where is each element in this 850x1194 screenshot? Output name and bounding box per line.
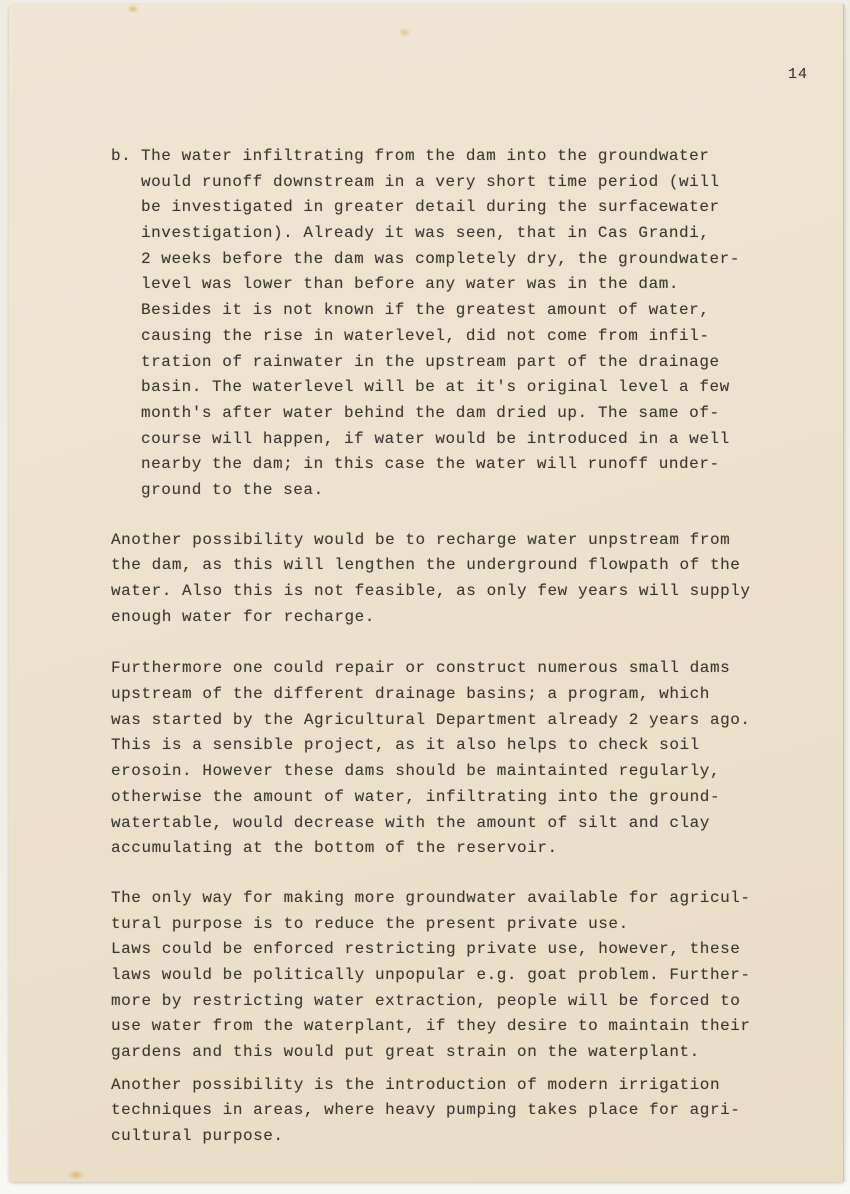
text-line: Besides it is not known if the greatest … <box>141 298 740 324</box>
paragraph-small-dams: Furthermore one could repair or construc… <box>111 656 791 862</box>
text-line: more by restricting water extraction, pe… <box>111 989 791 1015</box>
text-line: laws would be politically unpopular e.g.… <box>111 963 791 989</box>
page-content: b. The water infiltrating from the dam i… <box>111 144 791 1150</box>
list-item-marker: b. <box>111 144 141 504</box>
text-line: be investigated in greater detail during… <box>141 195 740 221</box>
paper-stain <box>67 1170 85 1180</box>
text-line: ground to the sea. <box>141 478 740 504</box>
text-line: This is a sensible project, as it also h… <box>111 733 791 759</box>
text-line: nearby the dam; in this case the water w… <box>141 452 740 478</box>
paper-sheet: 14 b. The water infiltrating from the da… <box>9 4 843 1182</box>
text-line: gardens and this would put great strain … <box>111 1040 791 1066</box>
list-item-b: b. The water infiltrating from the dam i… <box>111 144 791 504</box>
text-line: course will happen, if water would be in… <box>141 427 740 453</box>
text-line: techniques in areas, where heavy pumping… <box>111 1098 791 1124</box>
text-line: tration of rainwater in the upstream par… <box>141 350 740 376</box>
text-line: level was lower than before any water wa… <box>141 272 740 298</box>
list-item-body: The water infiltrating from the dam into… <box>141 144 740 504</box>
paragraph-irrigation: Another possibility is the introduction … <box>111 1073 791 1150</box>
page-number: 14 <box>788 66 808 83</box>
text-line: Laws could be enforced restricting priva… <box>111 937 791 963</box>
text-line: watertable, would decrease with the amou… <box>111 811 791 837</box>
text-line: accumulating at the bottom of the reserv… <box>111 836 791 862</box>
text-line: otherwise the amount of water, infiltrat… <box>111 785 791 811</box>
text-line: the dam, as this will lengthen the under… <box>111 553 791 579</box>
text-line: water. Also this is not feasible, as onl… <box>111 579 791 605</box>
paragraph-recharge: Another possibility would be to recharge… <box>111 528 791 631</box>
text-line: 2 weeks before the dam was completely dr… <box>141 247 740 273</box>
text-line: causing the rise in waterlevel, did not … <box>141 324 740 350</box>
text-line: cultural purpose. <box>111 1124 791 1150</box>
text-line: The only way for making more groundwater… <box>111 886 791 912</box>
text-line: tural purpose is to reduce the present p… <box>111 912 791 938</box>
text-line: basin. The waterlevel will be at it's or… <box>141 375 740 401</box>
text-line: upstream of the different drainage basin… <box>111 682 791 708</box>
text-line: Furthermore one could repair or construc… <box>111 656 791 682</box>
paragraph-private-use: The only way for making more groundwater… <box>111 886 791 1066</box>
text-line: investigation). Already it was seen, tha… <box>141 221 740 247</box>
text-line: The water infiltrating from the dam into… <box>141 144 740 170</box>
text-line: month's after water behind the dam dried… <box>141 401 740 427</box>
paper-stain <box>127 5 139 13</box>
text-line: use water from the waterplant, if they d… <box>111 1014 791 1040</box>
text-line: Another possibility is the introduction … <box>111 1073 791 1099</box>
text-line: Another possibility would be to recharge… <box>111 528 791 554</box>
paper-stain <box>398 28 411 37</box>
text-line: erosoin. However these dams should be ma… <box>111 759 791 785</box>
text-line: was started by the Agricultural Departme… <box>111 708 791 734</box>
text-line: would runoff downstream in a very short … <box>141 170 740 196</box>
text-line: enough water for recharge. <box>111 605 791 631</box>
scanned-document-page: { "page": { "number": "14" }, "colors": … <box>0 0 850 1194</box>
